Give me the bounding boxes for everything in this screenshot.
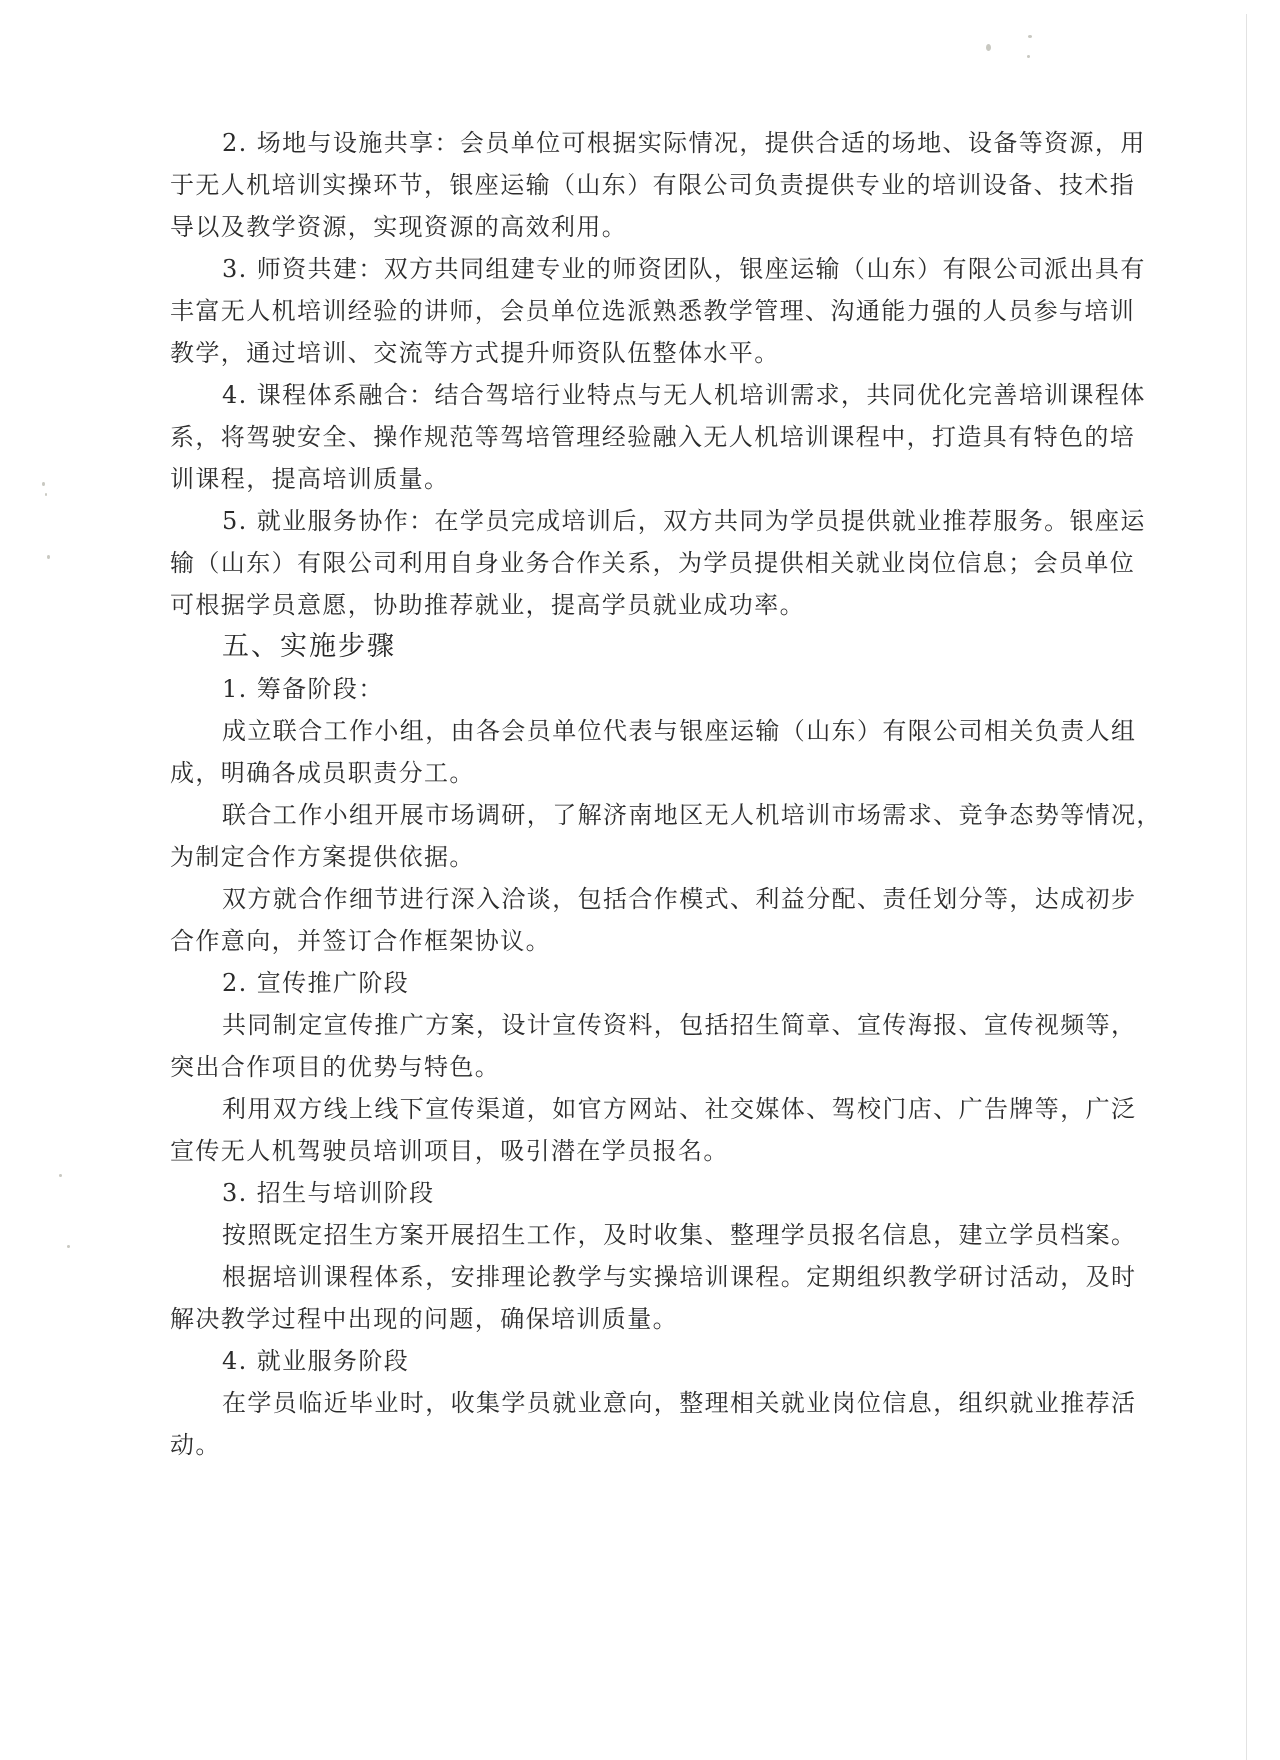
- item-3-line-2: 丰富无人机培训经验的讲师，会员单位选派熟悉教学管理、沟通能力强的人员参与培训: [170, 296, 1130, 326]
- prep-para-3-line-1: 双方就合作细节进行深入洽谈，包括合作模式、利益分配、责任划分等，达成初步: [222, 884, 1182, 914]
- prep-para-2-line-2: 为制定合作方案提供依据。: [170, 842, 1130, 872]
- item-4-line-1: 4. 课程体系融合：结合驾培行业特点与无人机培训需求，共同优化完善培训课程体: [222, 380, 1182, 410]
- subheading-enrollment-training-stage: 3. 招生与培训阶段: [222, 1178, 1182, 1208]
- item-2-line-1: 2. 场地与设施共享：会员单位可根据实际情况，提供合适的场地、设备等资源，用: [222, 128, 1182, 158]
- item-3-line-3: 教学，通过培训、交流等方式提升师资队伍整体水平。: [170, 338, 1130, 368]
- scan-speck: [42, 482, 45, 486]
- scan-speck: [59, 1174, 62, 1177]
- item-5-line-1: 5. 就业服务协作：在学员完成培训后，双方共同为学员提供就业推荐服务。银座运: [222, 506, 1182, 536]
- scan-speck: [45, 493, 47, 496]
- scan-edge-line: [1246, 14, 1247, 1760]
- enroll-para-1-line-1: 按照既定招生方案开展招生工作，及时收集、整理学员报名信息，建立学员档案。: [222, 1220, 1182, 1250]
- employ-para-1-line-1: 在学员临近毕业时，收集学员就业意向，整理相关就业岗位信息，组织就业推荐活: [222, 1388, 1182, 1418]
- item-4-line-2: 系，将驾驶安全、操作规范等驾培管理经验融入无人机培训课程中，打造具有特色的培: [170, 422, 1130, 452]
- promo-para-1-line-2: 突出合作项目的优势与特色。: [170, 1052, 1130, 1082]
- promo-para-2-line-2: 宣传无人机驾驶员培训项目，吸引潜在学员报名。: [170, 1136, 1130, 1166]
- scan-speck: [1028, 35, 1032, 38]
- item-5-line-2: 输（山东）有限公司利用自身业务合作关系，为学员提供相关就业岗位信息；会员单位: [170, 548, 1130, 578]
- item-4-line-3: 训课程，提高培训质量。: [170, 464, 1130, 494]
- prep-para-2-line-1: 联合工作小组开展市场调研，了解济南地区无人机培训市场需求、竞争态势等情况，: [222, 800, 1182, 830]
- scan-speck: [986, 44, 991, 51]
- employ-para-1-line-2: 动。: [170, 1430, 1130, 1460]
- prep-para-3-line-2: 合作意向，并签订合作框架协议。: [170, 926, 1130, 956]
- section-heading-implementation-steps: 五、实施步骤: [222, 632, 1182, 662]
- scan-speck: [1027, 55, 1030, 58]
- item-2-line-3: 导以及教学资源，实现资源的高效利用。: [170, 212, 1130, 242]
- subheading-employment-service-stage: 4. 就业服务阶段: [222, 1346, 1182, 1376]
- promo-para-2-line-1: 利用双方线上线下宣传渠道，如官方网站、社交媒体、驾校门店、广告牌等，广泛: [222, 1094, 1182, 1124]
- subheading-preparation-stage: 1. 筹备阶段：: [222, 674, 1182, 704]
- enroll-para-2-line-2: 解决教学过程中出现的问题，确保培训质量。: [170, 1304, 1130, 1334]
- prep-para-1-line-1: 成立联合工作小组，由各会员单位代表与银座运输（山东）有限公司相关负责人组: [222, 716, 1182, 746]
- promo-para-1-line-1: 共同制定宣传推广方案，设计宣传资料，包括招生简章、宣传海报、宣传视频等，: [222, 1010, 1182, 1040]
- enroll-para-2-line-1: 根据培训课程体系，安排理论教学与实操培训课程。定期组织教学研讨活动，及时: [222, 1262, 1182, 1292]
- prep-para-1-line-2: 成，明确各成员职责分工。: [170, 758, 1130, 788]
- item-5-line-3: 可根据学员意愿，协助推荐就业，提高学员就业成功率。: [170, 590, 1130, 620]
- scan-speck: [47, 555, 50, 559]
- subheading-promotion-stage: 2. 宣传推广阶段: [222, 968, 1182, 998]
- scanned-document-page: 2. 场地与设施共享：会员单位可根据实际情况，提供合适的场地、设备等资源，用 于…: [0, 0, 1280, 1760]
- scan-speck: [67, 1245, 70, 1248]
- item-2-line-2: 于无人机培训实操环节，银座运输（山东）有限公司负责提供专业的培训设备、技术指: [170, 170, 1130, 200]
- item-3-line-1: 3. 师资共建：双方共同组建专业的师资团队，银座运输（山东）有限公司派出具有: [222, 254, 1182, 284]
